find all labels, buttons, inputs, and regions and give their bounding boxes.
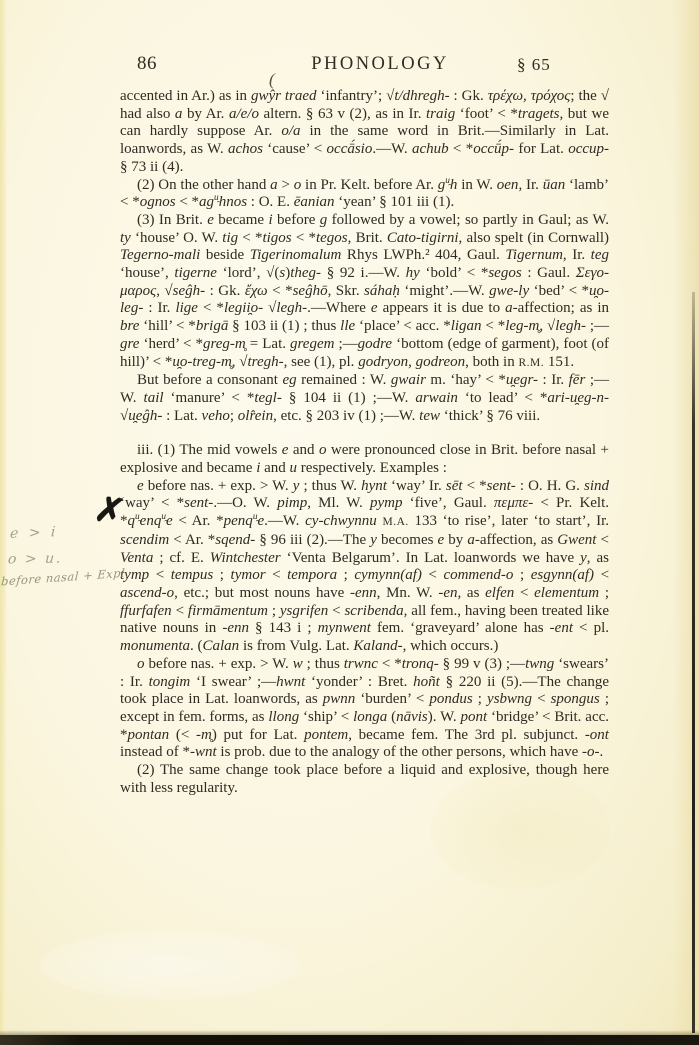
page-right-edge-line [692,292,695,1033]
body-paragraph-6: e before nas. + exp. > W. y ; thus W. hy… [120,478,609,656]
body-paragraph-4: But before a consonant eg remained : W. … [120,372,609,425]
scan-bottom-edge [0,1035,699,1045]
body-paragraph-5: iii. (1) The mid vowels e and o were pro… [120,442,609,477]
paper-stain [40,930,300,1000]
handwritten-note-o-to-u: o > u. [7,551,63,568]
body-paragraph-3: (3) In Brit. e became i before g followe… [120,212,609,372]
body-paragraph-1: accented in Ar.) as in gwŷr traed ‘infan… [120,88,609,177]
stray-ink-mark: ( [269,70,275,90]
handwritten-note-e-to-i: e > i [9,524,58,542]
body-paragraph-8: (2) The same change took place before a … [120,762,609,797]
body-paragraph-2: (2) On the other hand a > o in Pr. Kelt.… [120,177,609,212]
handwritten-note-before-nasal: before nasal + Expl. [1,565,130,588]
body-paragraph-7: o before nas. + exp. > W. w ; thus trwnc… [120,656,609,762]
running-title: PHONOLOGY [130,54,630,75]
scanned-book-page: 86 PHONOLOGY § 65 ( accented in Ar.) as … [0,0,699,1045]
section-reference: § 65 [517,55,551,75]
page-right-shading [673,0,699,1045]
body-text: accented in Ar.) as in gwŷr traed ‘infan… [120,88,609,797]
page-left-edge [0,0,7,1045]
page-header: 86 PHONOLOGY § 65 [0,53,699,77]
